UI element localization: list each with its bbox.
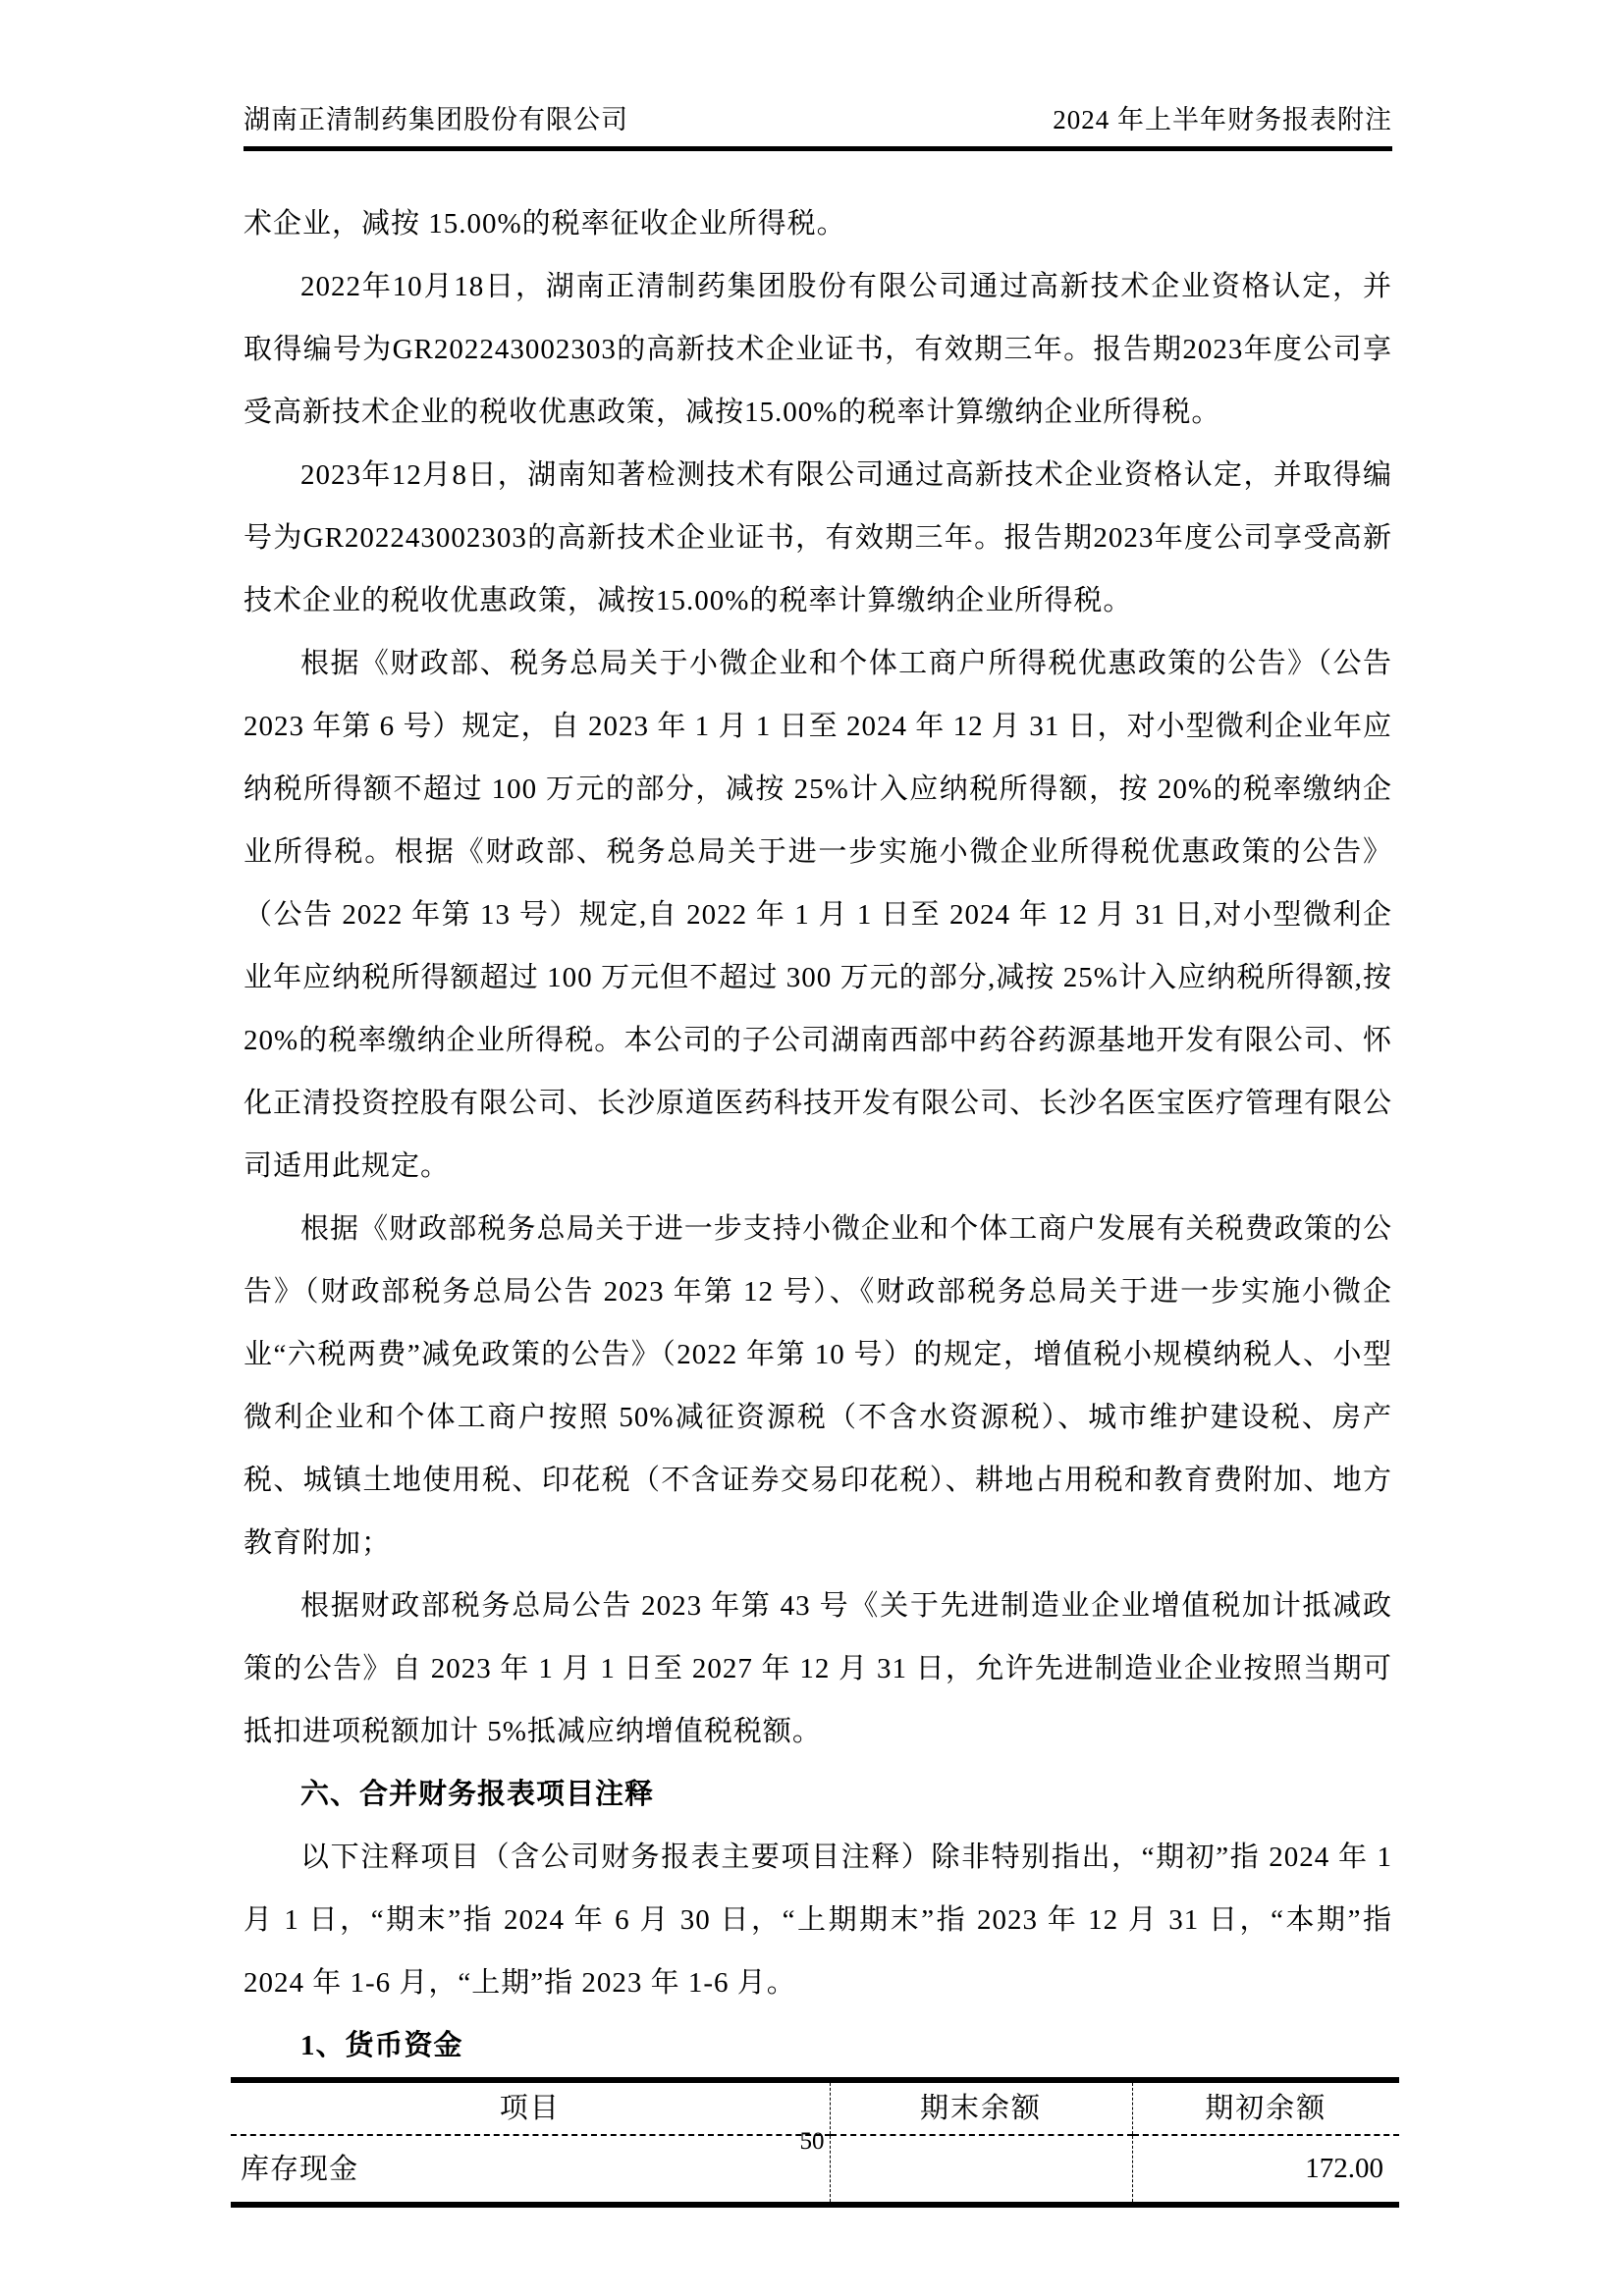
subsection-heading-monetary-funds: 1、货币资金	[244, 2014, 1392, 2077]
paragraph-small-business-policy: 根据《财政部、税务总局关于小微企业和个体工商户所得税优惠政策的公告》（公告 20…	[244, 632, 1392, 1198]
paragraph-notes-definitions: 以下注释项目（含公司财务报表主要项目注释）除非特别指出，“期初”指 2024 年…	[244, 1826, 1392, 2014]
section-heading-notes: 六、合并财务报表项目注释	[244, 1763, 1392, 1826]
paragraph-2022-certification: 2022年10月18日，湖南正清制药集团股份有限公司通过高新技术企业资格认定，并…	[244, 255, 1392, 444]
header-company-name: 湖南正清制药集团股份有限公司	[244, 98, 628, 136]
page-number: 50	[800, 2128, 825, 2155]
document-body: 术企业，减按 15.00%的税率征收企业所得税。 2022年10月18日，湖南正…	[244, 192, 1392, 2208]
page-header: 湖南正清制药集团股份有限公司 2024 年上半年财务报表附注	[244, 98, 1392, 151]
col-header-beginning-balance: 期初余额	[1132, 2080, 1399, 2135]
header-report-title: 2024 年上半年财务报表附注	[1053, 98, 1392, 136]
paragraph-six-taxes-two-fees: 根据《财政部税务总局关于进一步支持小微企业和个体工商户发展有关税费政策的公告》（…	[244, 1198, 1392, 1575]
paragraph-2023-certification: 2023年12月8日，湖南知著检测技术有限公司通过高新技术企业资格认定，并取得编…	[244, 444, 1392, 632]
col-header-item: 项目	[231, 2080, 830, 2135]
col-header-ending-balance: 期末余额	[830, 2080, 1132, 2135]
paragraph-advanced-manufacturing: 根据财政部税务总局公告 2023 年第 43 号《关于先进制造业企业增值税加计抵…	[244, 1575, 1392, 1763]
table-header-row: 项目 期末余额 期初余额	[231, 2080, 1399, 2135]
paragraph-tax-rate-continuation: 术企业，减按 15.00%的税率征收企业所得税。	[244, 192, 1392, 255]
page-footer: 50	[0, 2128, 1624, 2156]
